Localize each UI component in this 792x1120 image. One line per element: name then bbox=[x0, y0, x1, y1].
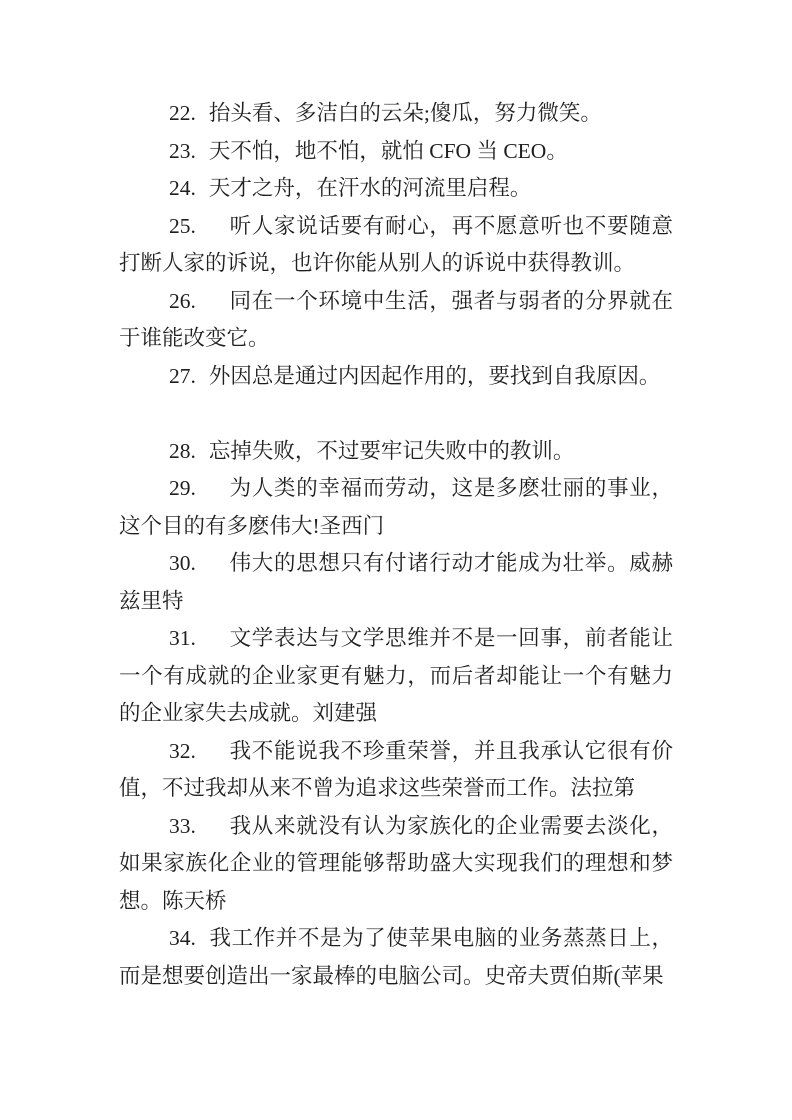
quote-number: 32. bbox=[169, 739, 196, 763]
quote-text: 我工作并不是为了使苹果电脑的业务蒸蒸日上，而是想要创造出一家最棒的电脑公司。史帝… bbox=[119, 926, 673, 988]
quote-item: 25.听人家说话要有耐心，再不愿意听也不要随意打断人家的诉说，也许你能从别人的诉… bbox=[119, 208, 673, 283]
quote-item: 24.天才之舟，在汗水的河流里启程。 bbox=[119, 170, 673, 208]
number-text-gap bbox=[196, 194, 209, 195]
quote-item: 23.天不怕，地不怕，就怕 CFO 当 CEO。 bbox=[119, 133, 673, 171]
number-text-gap bbox=[196, 307, 229, 308]
quote-number: 27. bbox=[169, 364, 196, 388]
quote-text: 天不怕，地不怕，就怕 CFO 当 CEO。 bbox=[209, 139, 568, 163]
quote-number: 34. bbox=[169, 926, 196, 950]
quote-number: 29. bbox=[169, 476, 196, 500]
number-text-gap bbox=[196, 382, 209, 383]
quote-item: 30.伟大的思想只有付诸行动才能成为壮举。威赫兹里特 bbox=[119, 545, 673, 620]
quote-text: 听人家说话要有耐心，再不愿意听也不要随意打断人家的诉说，也许你能从别人的诉说中获… bbox=[119, 214, 673, 276]
quote-text: 我从来就没有认为家族化的企业需要去淡化，如果家族化企业的管理能够帮助盛大实现我们… bbox=[119, 814, 673, 913]
number-text-gap bbox=[196, 457, 209, 458]
quote-text: 伟大的思想只有付诸行动才能成为壮举。威赫兹里特 bbox=[119, 551, 673, 613]
quote-text: 外因总是通过内因起作用的，要找到自我原因。 bbox=[209, 364, 661, 388]
quote-number: 22. bbox=[169, 101, 196, 125]
quote-number: 26. bbox=[169, 289, 196, 313]
quote-text: 忘掉失败，不过要牢记失败中的教训。 bbox=[209, 439, 575, 463]
number-text-gap bbox=[196, 644, 229, 645]
number-text-gap bbox=[196, 232, 229, 233]
number-text-gap bbox=[196, 157, 209, 158]
number-text-gap bbox=[196, 569, 229, 570]
quote-item: 33.我从来就没有认为家族化的企业需要去淡化，如果家族化企业的管理能够帮助盛大实… bbox=[119, 808, 673, 921]
number-text-gap bbox=[196, 944, 209, 945]
quote-list: 22.抬头看、多洁白的云朵;傻瓜，努力微笑。 23.天不怕，地不怕，就怕 CFO… bbox=[119, 95, 673, 995]
quote-number: 30. bbox=[169, 551, 196, 575]
quote-item: 26.同在一个环境中生活，强者与弱者的分界就在于谁能改变它。 bbox=[119, 283, 673, 358]
quote-item: 22.抬头看、多洁白的云朵;傻瓜，努力微笑。 bbox=[119, 95, 673, 133]
quote-number: 31. bbox=[169, 626, 196, 650]
quote-text: 抬头看、多洁白的云朵;傻瓜，努力微笑。 bbox=[209, 101, 602, 125]
quote-item: 29.为人类的幸福而劳动，这是多麽壮丽的事业，这个目的有多麽伟大!圣西门 bbox=[119, 470, 673, 545]
quote-number: 28. bbox=[169, 439, 196, 463]
quote-number: 24. bbox=[169, 176, 196, 200]
quote-item: 34.我工作并不是为了使苹果电脑的业务蒸蒸日上，而是想要创造出一家最棒的电脑公司… bbox=[119, 920, 673, 995]
quote-number: 33. bbox=[169, 814, 196, 838]
number-text-gap bbox=[196, 494, 229, 495]
number-text-gap bbox=[196, 757, 229, 758]
quote-text: 我不能说我不珍重荣誉，并且我承认它很有价值，不过我却从来不曾为追求这些荣誉而工作… bbox=[119, 739, 673, 801]
number-text-gap bbox=[196, 832, 229, 833]
quote-number: 23. bbox=[169, 139, 196, 163]
number-text-gap bbox=[196, 119, 209, 120]
quote-item: 28.忘掉失败，不过要牢记失败中的教训。 bbox=[119, 433, 673, 471]
document-page: 22.抬头看、多洁白的云朵;傻瓜，努力微笑。 23.天不怕，地不怕，就怕 CFO… bbox=[0, 0, 792, 1120]
quote-text: 为人类的幸福而劳动，这是多麽壮丽的事业，这个目的有多麽伟大!圣西门 bbox=[119, 476, 673, 538]
quote-item: 27.外因总是通过内因起作用的，要找到自我原因。 bbox=[119, 358, 673, 396]
quote-text: 天才之舟，在汗水的河流里启程。 bbox=[209, 176, 532, 200]
quote-item: 32.我不能说我不珍重荣誉，并且我承认它很有价值，不过我却从来不曾为追求这些荣誉… bbox=[119, 733, 673, 808]
quote-item: 31.文学表达与文学思维并不是一回事，前者能让一个有成就的企业家更有魅力，而后者… bbox=[119, 620, 673, 733]
quote-text: 文学表达与文学思维并不是一回事，前者能让一个有成就的企业家更有魅力，而后者却能让… bbox=[119, 626, 673, 725]
quote-number: 25. bbox=[169, 214, 196, 238]
quote-text: 同在一个环境中生活，强者与弱者的分界就在于谁能改变它。 bbox=[119, 289, 673, 351]
